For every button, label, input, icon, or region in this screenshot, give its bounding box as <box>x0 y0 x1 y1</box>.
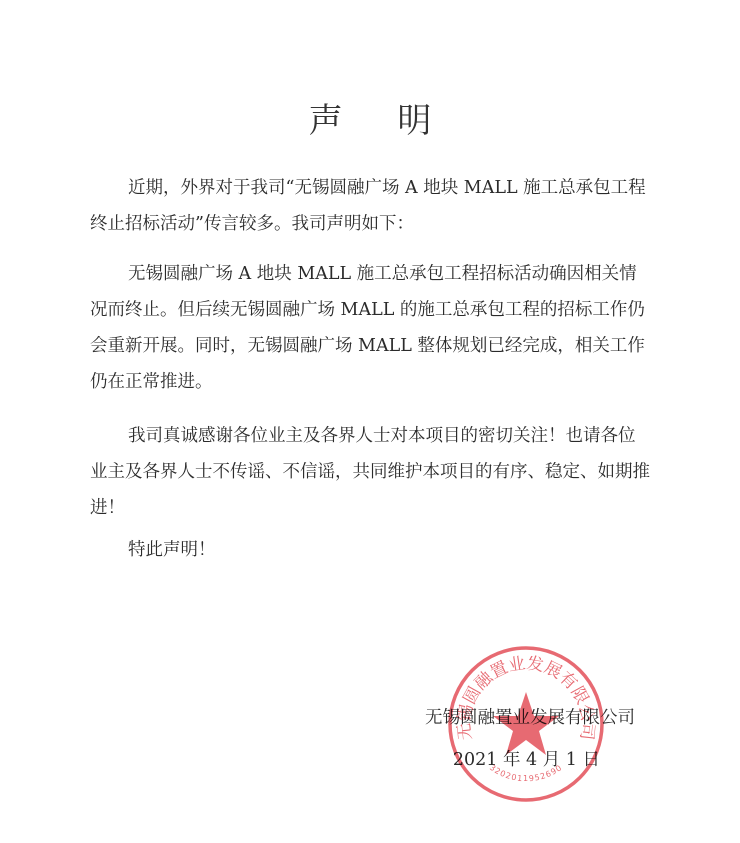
paragraph-1: 近期，外界对于我司“无锡圆融广场 A 地块 MALL 施工总承包工程终止招标活动… <box>90 170 650 242</box>
paragraph-2: 无锡圆融广场 A 地块 MALL 施工总承包工程招标活动确因相关情况而终止。但后… <box>90 256 650 400</box>
paragraph-3: 我司真诚感谢各位业主及各界人士对本项目的密切关注！也请各位业主及各界人士不传谣、… <box>90 418 650 526</box>
paragraph-4: 特此声明！ <box>90 532 650 568</box>
paragraph-3-text: 我司真诚感谢各位业主及各界人士对本项目的密切关注！也请各位业主及各界人士不传谣、… <box>90 426 650 518</box>
paragraph-2-text: 无锡圆融广场 A 地块 MALL 施工总承包工程招标活动确因相关情况而终止。但后… <box>90 264 645 392</box>
signature-company: 无锡圆融置业发展有限公司 <box>425 704 635 729</box>
paragraph-1-text: 近期，外界对于我司“无锡圆融广场 A 地块 MALL 施工总承包工程终止招标活动… <box>90 178 646 234</box>
document-title: 声 明 <box>0 93 740 142</box>
signature-date: 2021 年 4 月 1 日 <box>453 746 600 771</box>
paragraph-4-text: 特此声明！ <box>128 540 216 560</box>
